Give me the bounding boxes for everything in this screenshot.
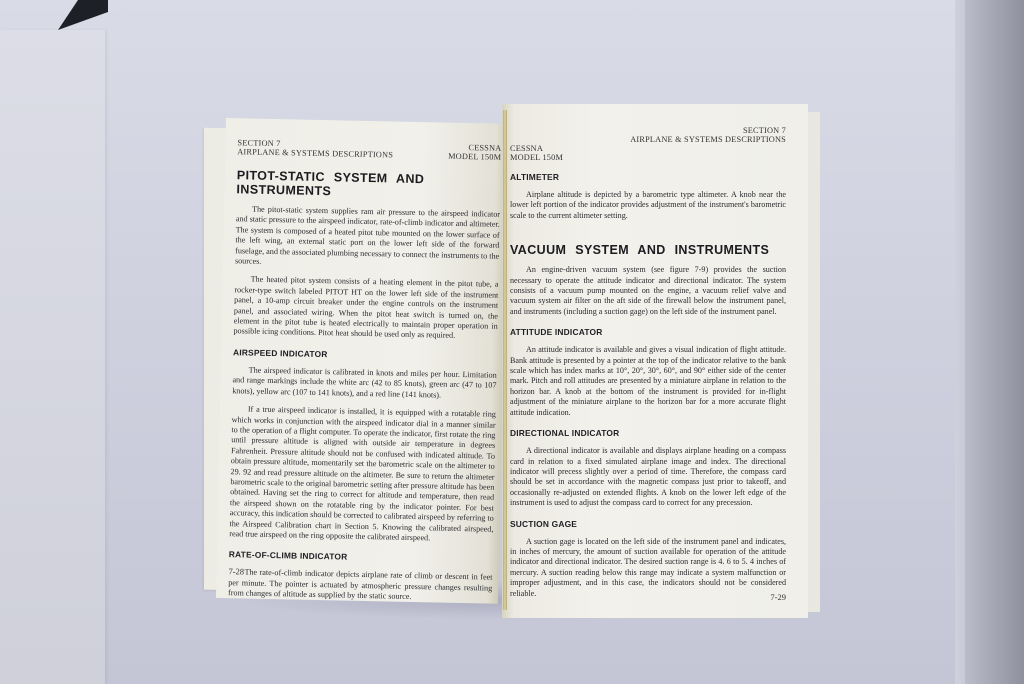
header-make: CESSNA [510, 144, 563, 153]
background-dark-object [58, 0, 108, 30]
header-section-title: AIRPLANE & SYSTEMS DESCRIPTIONS [630, 135, 786, 144]
paragraph: If a true airspeed indicator is installe… [229, 404, 496, 545]
paragraph: The heated pitot system consists of a he… [233, 275, 498, 343]
paragraph: The airspeed indicator is calibrated in … [232, 365, 497, 402]
right-page: CESSNA MODEL 150M SECTION 7 AIRPLANE & S… [502, 104, 808, 618]
running-header: CESSNA MODEL 150M SECTION 7 AIRPLANE & S… [510, 126, 786, 162]
header-section: SECTION 7 [630, 126, 786, 135]
subsection-heading: ALTIMETER [510, 172, 786, 182]
running-header: SECTION 7 AIRPLANE & SYSTEMS DESCRIPTION… [237, 138, 501, 162]
section-title: VACUUM SYSTEM AND INSTRUMENTS [510, 243, 786, 257]
subsection-heading: ATTITUDE INDICATOR [510, 327, 786, 337]
paragraph: A directional indicator is available and… [510, 446, 786, 508]
background-panel-right [965, 0, 1024, 684]
subsection-heading: RATE-OF-CLIMB INDICATOR [229, 550, 493, 566]
page-number: 7-29 [770, 592, 786, 602]
paragraph: The rate-of-climb indicator depicts airp… [228, 568, 493, 604]
subsection-heading: AIRSPEED INDICATOR [233, 347, 497, 363]
page-number: 7-28 [228, 566, 244, 576]
subsection-heading: DIRECTIONAL INDICATOR [510, 428, 786, 438]
paragraph: An attitude indicator is available and g… [510, 345, 786, 418]
header-model: MODEL 150M [510, 153, 563, 162]
paragraph: A suction gage is located on the left si… [510, 537, 786, 599]
left-page: SECTION 7 AIRPLANE & SYSTEMS DESCRIPTION… [216, 118, 508, 604]
header-model: MODEL 150M [448, 152, 501, 162]
book-gutter [503, 110, 507, 610]
paragraph: Airplane altitude is depicted by a barom… [510, 190, 786, 221]
background-panel-left [0, 30, 105, 684]
paragraph: The pitot-static system supplies ram air… [235, 204, 500, 272]
section-title: PITOT-STATIC SYSTEM AND INSTRUMENTS [236, 168, 501, 202]
paragraph: An engine-driven vacuum system (see figu… [510, 265, 786, 317]
subsection-heading: SUCTION GAGE [510, 519, 786, 529]
header-section-title: AIRPLANE & SYSTEMS DESCRIPTIONS [237, 147, 393, 159]
